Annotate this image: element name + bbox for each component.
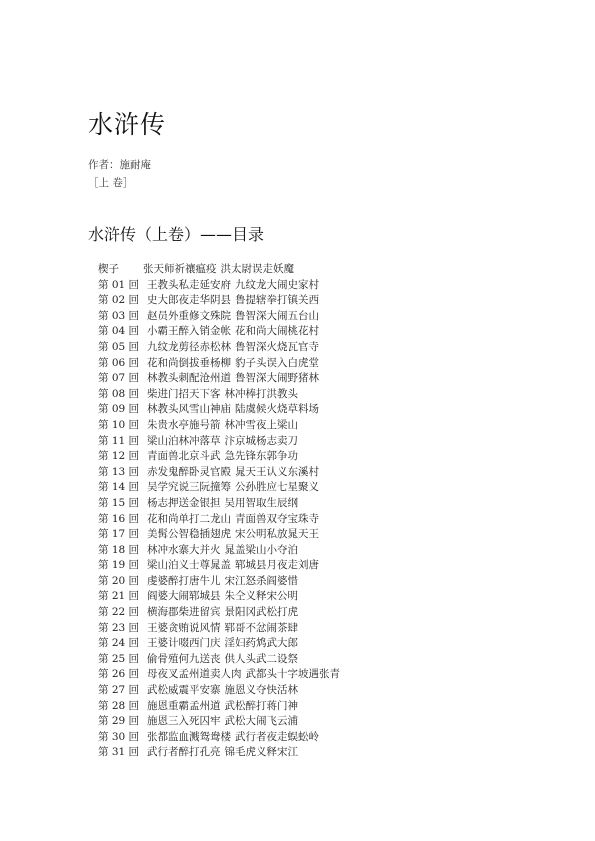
chapter-title-second-half: 供人头武二设祭	[225, 652, 299, 668]
chapter-title-first-half: 林教头风雪山神庙	[147, 402, 231, 418]
chapter-number: 第 24 回	[98, 636, 147, 652]
chapter-title-first-half: 赵员外重修文殊院	[147, 309, 231, 325]
chapter-number: 第 07 回	[98, 371, 147, 387]
chapter-title-first-half: 花和尚单打二龙山	[147, 512, 231, 528]
toc-entry[interactable]: 第 16 回花和尚单打二龙山青面兽双夺宝珠寺	[98, 512, 340, 528]
toc-entry[interactable]: 第 25 回偷骨殖何九送丧供人头武二设祭	[98, 652, 340, 668]
chapter-title-second-half: 陆虞候火烧草料场	[235, 402, 319, 418]
chapter-title-second-half: 武松大闹飞云浦	[225, 714, 299, 730]
chapter-number: 第 28 回	[98, 699, 147, 715]
chapter-title-second-half: 鲁提辖拳打镇关西	[235, 293, 319, 309]
chapter-title-second-half: 鲁智深大闹五台山	[235, 309, 319, 325]
chapter-title-second-half: 公孙胜应七星聚义	[235, 480, 319, 496]
chapter-title-second-half: 洪太尉误走妖魔	[221, 262, 295, 278]
toc-entry[interactable]: 第 09 回林教头风雪山神庙陆虞候火烧草料场	[98, 402, 340, 418]
chapter-number: 第 23 回	[98, 621, 147, 637]
toc-entry[interactable]: 第 15 回杨志押送金银担吴用智取生辰纲	[98, 496, 340, 512]
chapter-number: 第 29 回	[98, 714, 147, 730]
chapter-title-first-half: 偷骨殖何九送丧	[147, 652, 221, 668]
chapter-title-second-half: 晁盖梁山小夺泊	[225, 543, 299, 559]
chapter-number: 第 09 回	[98, 402, 147, 418]
chapter-title-second-half: 吴用智取生辰纲	[225, 496, 299, 512]
toc-entry[interactable]: 第 05 回九纹龙剪径赤松林鲁智深火烧瓦官寺	[98, 340, 340, 356]
chapter-number: 第 06 回	[98, 356, 147, 372]
chapter-title-first-half: 小霸王醉入销金帐	[147, 324, 231, 340]
chapter-title-second-half: 淫妇药鸩武大郎	[225, 636, 299, 652]
chapter-title-first-half: 王婆计啜西门庆	[147, 636, 221, 652]
toc-entry[interactable]: 第 17 回美髯公智稳插翅虎宋公明私放晁天王	[98, 527, 340, 543]
chapter-number: 第 03 回	[98, 309, 147, 325]
table-of-contents: 楔子张天师祈禳瘟疫洪太尉误走妖魔第 01 回王教头私走延安府九纹龙大闹史家村第 …	[98, 262, 340, 761]
chapter-number: 第 13 回	[98, 465, 147, 481]
chapter-number: 第 31 回	[98, 745, 147, 761]
toc-entry[interactable]: 第 13 回赤发鬼醉卧灵官殿晁天王认义东溪村	[98, 465, 340, 481]
chapter-title-first-half: 美髯公智稳插翅虎	[147, 527, 231, 543]
chapter-title-first-half: 梁山泊林冲落草	[147, 434, 221, 450]
chapter-title-first-half: 阎婆大闹郓城县	[147, 589, 221, 605]
chapter-number: 第 15 回	[98, 496, 147, 512]
chapter-title-second-half: 景阳冈武松打虎	[225, 605, 299, 621]
chapter-number: 第 25 回	[98, 652, 147, 668]
toc-entry-prologue[interactable]: 楔子张天师祈禳瘟疫洪太尉误走妖魔	[98, 262, 340, 278]
chapter-title-first-half: 花和尚倒拔垂杨柳	[147, 356, 231, 372]
chapter-title-first-half: 史大郎夜走华阴县	[147, 293, 231, 309]
chapter-number: 第 12 回	[98, 449, 147, 465]
chapter-number: 第 20 回	[98, 574, 147, 590]
chapter-number: 第 26 回	[98, 667, 147, 683]
toc-heading: 水浒传（上卷）——目录	[88, 224, 264, 246]
toc-entry[interactable]: 第 31 回武行者醉打孔亮锦毛虎义释宋江	[98, 745, 340, 761]
chapter-title-first-half: 横海郡柴进留宾	[147, 605, 221, 621]
toc-entry[interactable]: 第 03 回赵员外重修文殊院鲁智深大闹五台山	[98, 309, 340, 325]
toc-entry[interactable]: 第 21 回阎婆大闹郓城县朱仝义释宋公明	[98, 589, 340, 605]
chapter-title-second-half: 鲁智深大闹野猪林	[235, 371, 319, 387]
chapter-number: 第 22 回	[98, 605, 147, 621]
toc-entry[interactable]: 第 04 回小霸王醉入销金帐花和尚大闹桃花村	[98, 324, 340, 340]
toc-entry[interactable]: 第 07 回林教头刺配沧州道鲁智深大闹野猪林	[98, 371, 340, 387]
chapter-number: 第 05 回	[98, 340, 147, 356]
chapter-title-second-half: 青面兽双夺宝珠寺	[235, 512, 319, 528]
chapter-title-first-half: 张天师祈禳瘟疫	[143, 262, 217, 278]
chapter-title-second-half: 武行者夜走蜈蚣岭	[235, 730, 319, 746]
chapter-title-second-half: 施恩义夺快活林	[225, 683, 299, 699]
chapter-title-second-half: 郓哥不忿闹茶肆	[225, 621, 299, 637]
toc-entry[interactable]: 第 06 回花和尚倒拔垂杨柳豹子头误入白虎堂	[98, 356, 340, 372]
toc-entry[interactable]: 第 29 回施恩三入死囚牢武松大闹飞云浦	[98, 714, 340, 730]
toc-entry[interactable]: 第 20 回虔婆醉打唐牛儿宋江怒杀阎婆惜	[98, 574, 340, 590]
chapter-title-first-half: 张都监血溅鸳鸯楼	[147, 730, 231, 746]
chapter-title-second-half: 晁天王认义东溪村	[235, 465, 319, 481]
chapter-title-second-half: 锦毛虎义释宋江	[225, 745, 299, 761]
chapter-title-first-half: 柴进门招天下客	[147, 387, 221, 403]
chapter-title-second-half: 郓城县月夜走刘唐	[235, 558, 319, 574]
chapter-title-first-half: 施恩重霸孟州道	[147, 699, 221, 715]
chapter-title-first-half: 武松威震平安寨	[147, 683, 221, 699]
chapter-title-first-half: 施恩三入死囚牢	[147, 714, 221, 730]
chapter-number: 第 27 回	[98, 683, 147, 699]
toc-entry[interactable]: 第 18 回林冲水寨大并火晁盖梁山小夺泊	[98, 543, 340, 559]
toc-entry[interactable]: 第 30 回张都监血溅鸳鸯楼武行者夜走蜈蚣岭	[98, 730, 340, 746]
chapter-title-first-half: 青面兽北京斗武	[147, 449, 221, 465]
chapter-title-second-half: 宋江怒杀阎婆惜	[225, 574, 299, 590]
chapter-title-second-half: 林冲棒打洪教头	[225, 387, 299, 403]
book-title: 水浒传	[88, 108, 166, 142]
chapter-title-second-half: 九纹龙大闹史家村	[235, 278, 319, 294]
chapter-title-second-half: 林冲雪夜上梁山	[225, 418, 299, 434]
chapter-title-first-half: 朱贵水亭施号箭	[147, 418, 221, 434]
chapter-title-second-half: 朱仝义释宋公明	[225, 589, 299, 605]
volume-line: ［上 卷］	[88, 176, 133, 190]
chapter-title-second-half: 汴京城杨志卖刀	[225, 434, 299, 450]
chapter-title-first-half: 九纹龙剪径赤松林	[147, 340, 231, 356]
chapter-number: 第 02 回	[98, 293, 147, 309]
chapter-title-first-half: 武行者醉打孔亮	[147, 745, 221, 761]
chapter-title-second-half: 武都头十字坡遇张青	[246, 667, 341, 683]
chapter-title-first-half: 林冲水寨大并火	[147, 543, 221, 559]
chapter-number: 第 11 回	[98, 434, 147, 450]
toc-entry[interactable]: 第 22 回横海郡柴进留宾景阳冈武松打虎	[98, 605, 340, 621]
chapter-number: 第 10 回	[98, 418, 147, 434]
chapter-title-first-half: 赤发鬼醉卧灵官殿	[147, 465, 231, 481]
chapter-title-second-half: 武松醉打蒋门神	[225, 699, 299, 715]
chapter-title-second-half: 豹子头误入白虎堂	[235, 356, 319, 372]
toc-entry[interactable]: 第 02 回史大郎夜走华阴县鲁提辖拳打镇关西	[98, 293, 340, 309]
chapter-number: 第 08 回	[98, 387, 147, 403]
author-line: 作者：施耐庵	[88, 158, 151, 172]
chapter-title-first-half: 母夜叉孟州道卖人肉	[147, 667, 242, 683]
toc-entry[interactable]: 第 19 回梁山泊义士尊晁盖郓城县月夜走刘唐	[98, 558, 340, 574]
chapter-number: 第 16 回	[98, 512, 147, 528]
chapter-number: 第 14 回	[98, 480, 147, 496]
chapter-number: 楔子	[98, 262, 143, 278]
toc-entry[interactable]: 第 28 回施恩重霸孟州道武松醉打蒋门神	[98, 699, 340, 715]
chapter-title-first-half: 梁山泊义士尊晁盖	[147, 558, 231, 574]
chapter-title-second-half: 宋公明私放晁天王	[235, 527, 319, 543]
chapter-title-first-half: 林教头刺配沧州道	[147, 371, 231, 387]
chapter-number: 第 21 回	[98, 589, 147, 605]
toc-entry[interactable]: 第 12 回青面兽北京斗武急先锋东郭争功	[98, 449, 340, 465]
chapter-number: 第 01 回	[98, 278, 147, 294]
chapter-title-second-half: 花和尚大闹桃花村	[235, 324, 319, 340]
chapter-title-first-half: 杨志押送金银担	[147, 496, 221, 512]
chapter-number: 第 17 回	[98, 527, 147, 543]
toc-entry[interactable]: 第 10 回朱贵水亭施号箭林冲雪夜上梁山	[98, 418, 340, 434]
chapter-title-second-half: 鲁智深火烧瓦官寺	[235, 340, 319, 356]
toc-entry[interactable]: 第 08 回柴进门招天下客林冲棒打洪教头	[98, 387, 340, 403]
chapter-title-first-half: 王婆贪贿说风情	[147, 621, 221, 637]
toc-entry[interactable]: 第 11 回梁山泊林冲落草汴京城杨志卖刀	[98, 434, 340, 450]
toc-entry[interactable]: 第 01 回王教头私走延安府九纹龙大闹史家村	[98, 278, 340, 294]
chapter-title-first-half: 吴学究说三阮撞筹	[147, 480, 231, 496]
toc-entry[interactable]: 第 14 回吴学究说三阮撞筹公孙胜应七星聚义	[98, 480, 340, 496]
toc-entry[interactable]: 第 23 回王婆贪贿说风情郓哥不忿闹茶肆	[98, 621, 340, 637]
chapter-number: 第 04 回	[98, 324, 147, 340]
toc-entry[interactable]: 第 24 回王婆计啜西门庆淫妇药鸩武大郎	[98, 636, 340, 652]
toc-entry[interactable]: 第 27 回武松威震平安寨施恩义夺快活林	[98, 683, 340, 699]
chapter-number: 第 30 回	[98, 730, 147, 746]
chapter-title-second-half: 急先锋东郭争功	[225, 449, 299, 465]
chapter-title-first-half: 王教头私走延安府	[147, 278, 231, 294]
chapter-number: 第 18 回	[98, 543, 147, 559]
chapter-number: 第 19 回	[98, 558, 147, 574]
toc-entry[interactable]: 第 26 回母夜叉孟州道卖人肉武都头十字坡遇张青	[98, 667, 340, 683]
chapter-title-first-half: 虔婆醉打唐牛儿	[147, 574, 221, 590]
